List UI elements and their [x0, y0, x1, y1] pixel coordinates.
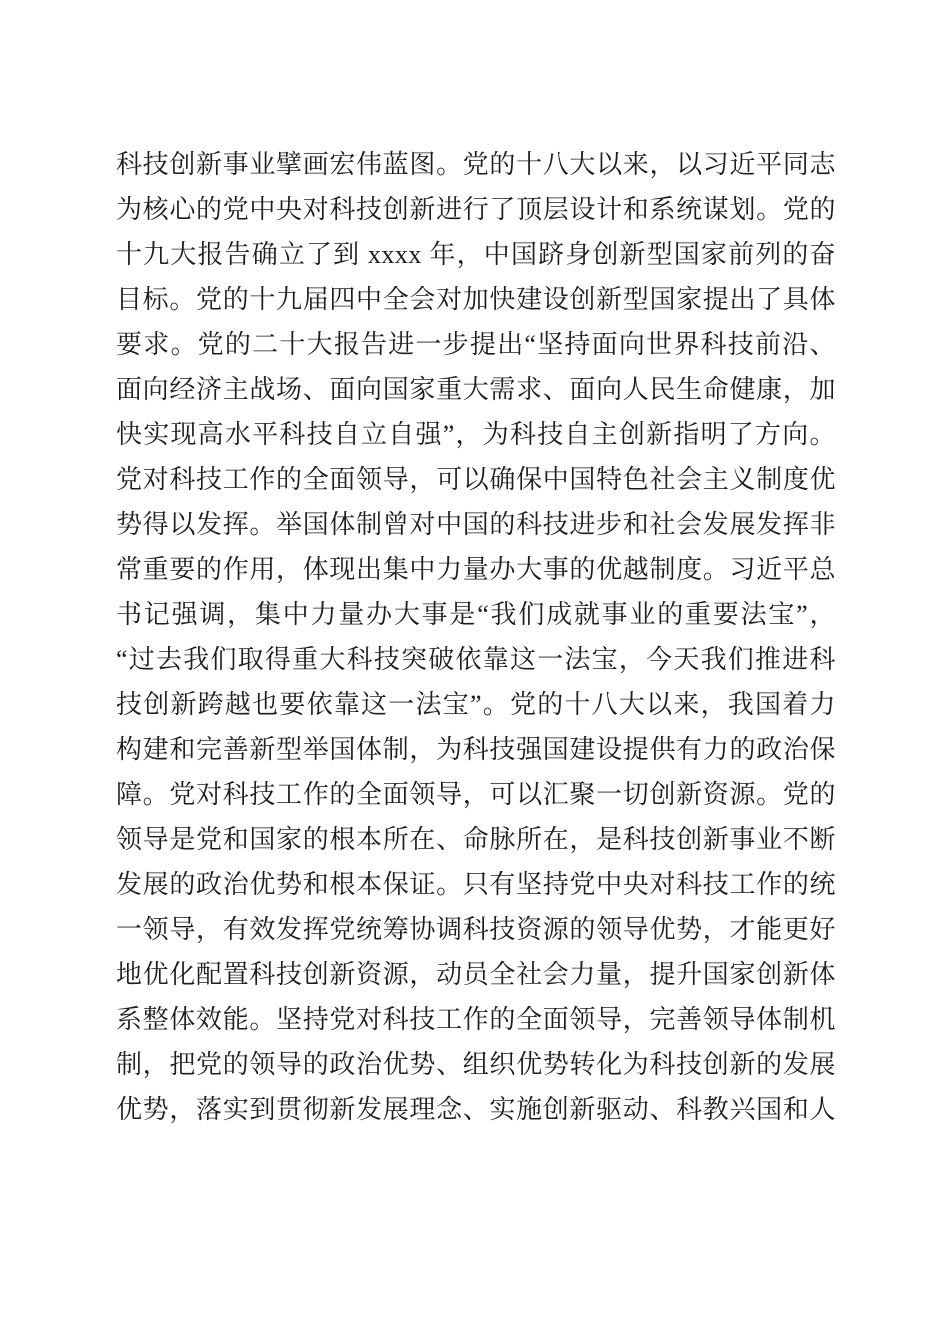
text-line: 领导是党和国家的根本所在、命脉所在，是科技创新事业不断: [116, 817, 836, 862]
text-line: 目标。党的十九届四中全会对加快建设创新型国家提出了具体: [116, 277, 836, 322]
text-line: 面向经济主战场、面向国家重大需求、面向人民生命健康，加: [116, 367, 836, 412]
text-line: 书记强调，集中力量办大事是“我们成就事业的重要法宝”，: [116, 592, 836, 637]
text-line: 地优化配置科技创新资源，动员全社会力量，提升国家创新体: [116, 952, 836, 997]
text-line: 势得以发挥。举国体制曾对中国的科技进步和社会发展发挥非: [116, 502, 836, 547]
text-line: 构建和完善新型举国体制，为科技强国建设提供有力的政治保: [116, 727, 836, 772]
text-line: 快实现高水平科技自立自强”，为科技自主创新指明了方向。: [116, 412, 836, 457]
text-line: 十九大报告确立了到 xxxx 年，中国跻身创新型国家前列的奋斗: [116, 232, 836, 277]
text-line: 技创新跨越也要依靠这一法宝”。党的十八大以来，我国着力: [116, 682, 836, 727]
text-line: 发展的政治优势和根本保证。只有坚持党中央对科技工作的统: [116, 862, 836, 907]
document-page: 科技创新事业擘画宏伟蓝图。党的十八大以来，以习近平同志为核心的党中央对科技创新进…: [0, 0, 950, 1344]
paragraph-text-block: 科技创新事业擘画宏伟蓝图。党的十八大以来，以习近平同志为核心的党中央对科技创新进…: [116, 142, 836, 1132]
text-line: 要求。党的二十大报告进一步提出“坚持面向世界科技前沿、: [116, 322, 836, 367]
text-line: 障。党对科技工作的全面领导，可以汇聚一切创新资源。党的: [116, 772, 836, 817]
text-line: 党对科技工作的全面领导，可以确保中国特色社会主义制度优: [116, 457, 836, 502]
text-line: 优势，落实到贯彻新发展理念、实施创新驱动、科教兴国和人: [116, 1087, 836, 1132]
text-line: 一领导，有效发挥党统筹协调科技资源的领导优势，才能更好: [116, 907, 836, 952]
text-line: 系整体效能。坚持党对科技工作的全面领导，完善领导体制机: [116, 997, 836, 1042]
text-line: 科技创新事业擘画宏伟蓝图。党的十八大以来，以习近平同志: [116, 142, 836, 187]
text-line: 为核心的党中央对科技创新进行了顶层设计和系统谋划。党的: [116, 187, 836, 232]
text-line: “过去我们取得重大科技突破依靠这一法宝，今天我们推进科: [116, 637, 836, 682]
text-line: 制，把党的领导的政治优势、组织优势转化为科技创新的发展: [116, 1042, 836, 1087]
text-line: 常重要的作用，体现出集中力量办大事的优越制度。习近平总: [116, 547, 836, 592]
